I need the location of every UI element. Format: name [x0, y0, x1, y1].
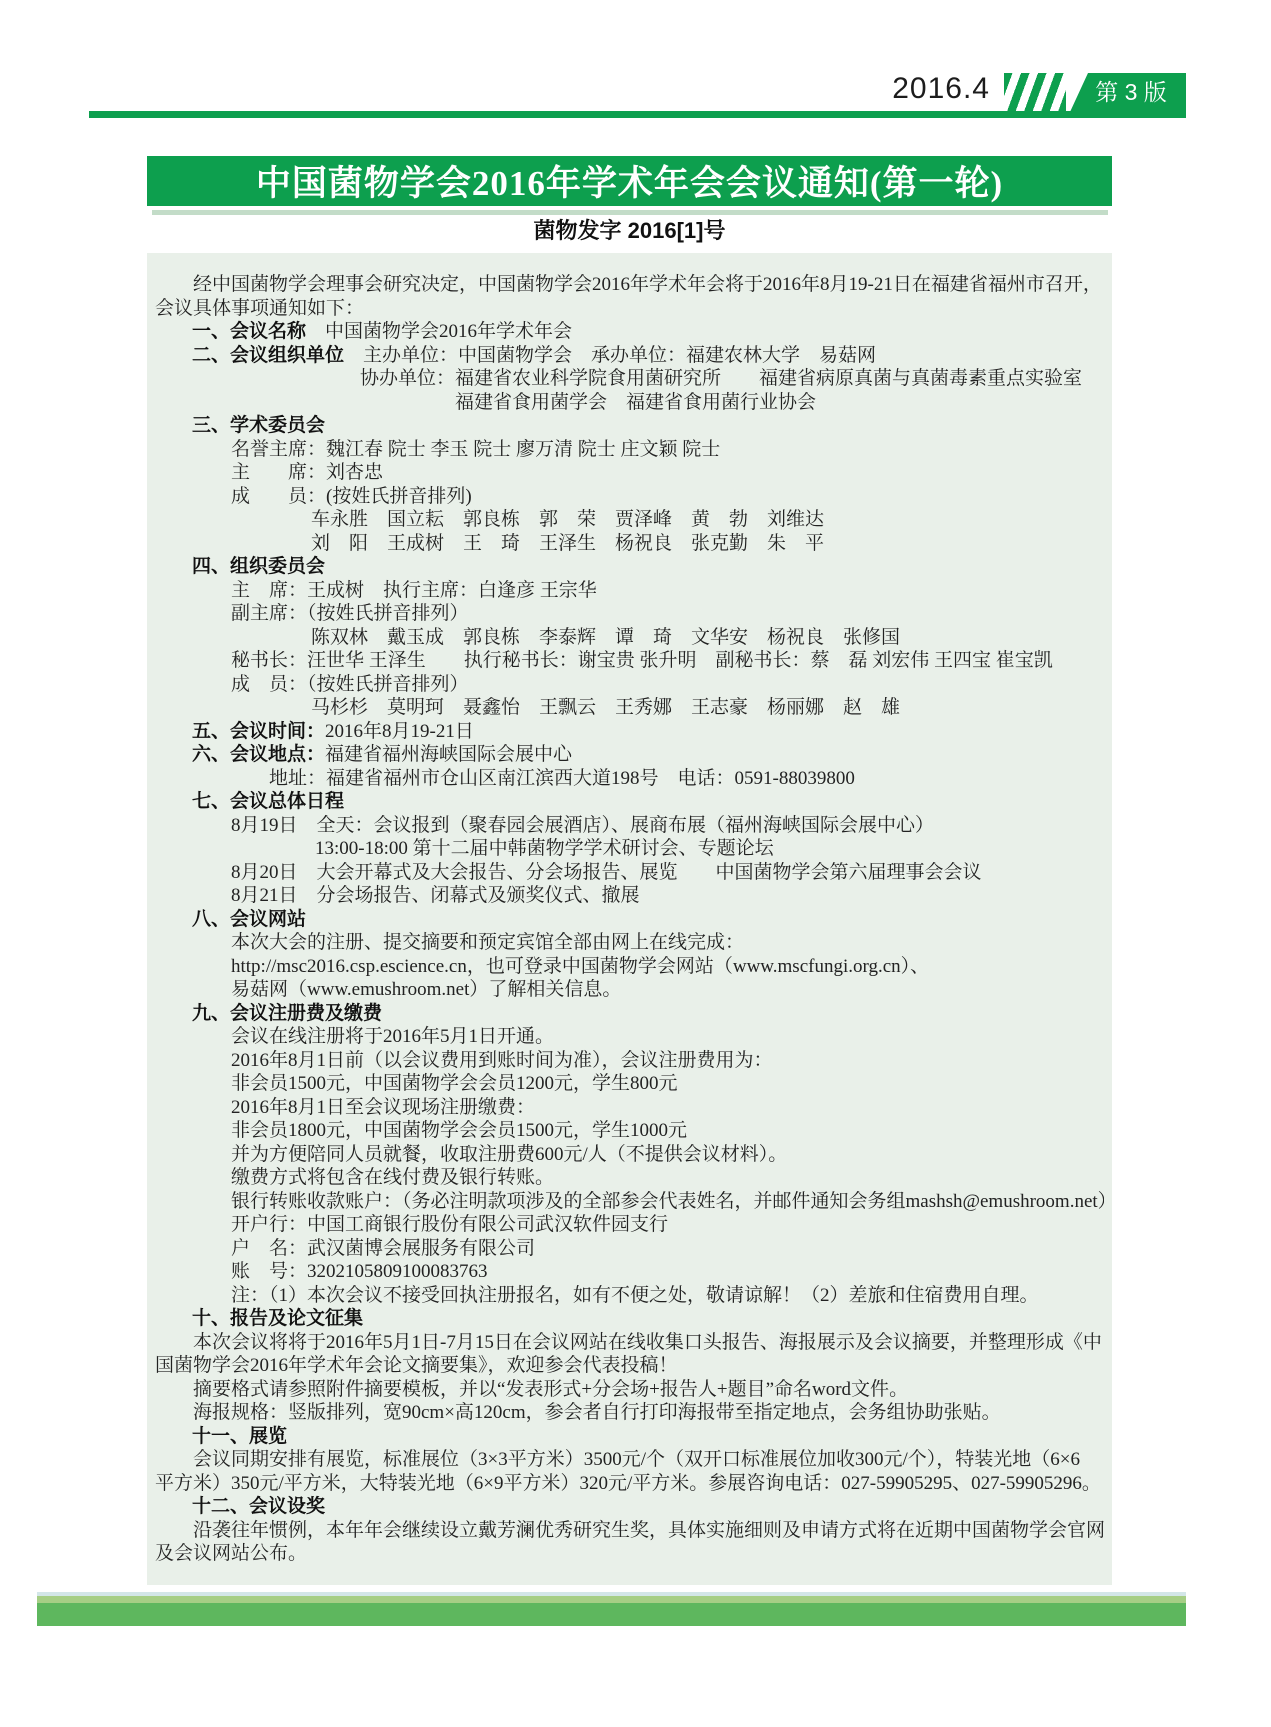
content-line: 九、会议注册费及缴费 — [155, 1002, 1104, 1026]
doc-number: 菌物发字 2016[1]号 — [147, 216, 1112, 246]
banner-underline — [152, 210, 1108, 215]
line-text: 主 席：王成树 执行主席：白逢彦 王宗华 — [231, 580, 597, 601]
page-number-badge: 第 3 版 — [1070, 73, 1186, 112]
content-line: 海报规格：竖版排列，宽90cm×高120cm，参会者自行打印海报带至指定地点，会… — [155, 1401, 1104, 1425]
line-text: 平方米）350元/平方米，大特装光地（6×9平方米）320元/平方米。参展咨询电… — [155, 1473, 1101, 1494]
content-line: 六、会议地点：福建省福州海峡国际会展中心 — [155, 743, 1104, 767]
line-text: 及会议网站公布。 — [155, 1543, 307, 1564]
line-text: 非会员1500元，中国菌物学会会员1200元，学生800元 — [231, 1073, 678, 1094]
content-line: 福建省食用菌学会 福建省食用菌行业协会 — [155, 391, 1104, 415]
line-text: 本次大会的注册、提交摘要和预定宾馆全部由网上在线完成： — [231, 932, 744, 953]
content-line: 缴费方式将包含在线付费及银行转账。 — [155, 1166, 1104, 1190]
content-line: 非会员1500元，中国菌物学会会员1200元，学生800元 — [155, 1072, 1104, 1096]
line-text: 会议同期安排有展览，标准展位（3×3平方米）3500元/个（双开口标准展位加收3… — [193, 1449, 1080, 1470]
content-line: 及会议网站公布。 — [155, 1542, 1104, 1566]
section-heading: 十、报告及论文征集 — [192, 1308, 363, 1329]
line-text: 经中国菌物学会理事会研究决定，中国菌物学会2016年学术年会将于2016年8月1… — [193, 274, 1102, 295]
content-line: 账 号：3202105809100083763 — [155, 1260, 1104, 1284]
line-text: 名誉主席：魏江春 院士 李玉 院士 廖万清 院士 庄文颖 院士 — [231, 439, 720, 460]
content-line: 国菌物学会2016年学术年会论文摘要集》，欢迎参会代表投稿！ — [155, 1354, 1104, 1378]
line-text: 陈双林 戴玉成 郭良栋 李泰辉 谭 琦 文华安 杨祝良 张修国 — [311, 627, 900, 648]
line-text: 13:00-18:00 第十二届中韩菌物学学术研讨会、专题论坛 — [315, 838, 774, 859]
content-line: 银行转账收款账户：（务必注明款项涉及的全部参会代表姓名，并邮件通知会务组mash… — [155, 1190, 1104, 1214]
section-heading: 五、会议时间： — [192, 721, 325, 742]
content-line: 十、报告及论文征集 — [155, 1307, 1104, 1331]
content-line: 五、会议时间：2016年8月19-21日 — [155, 720, 1104, 744]
content-line: 一、会议名称 中国菌物学会2016年学术年会 — [155, 320, 1104, 344]
line-text: 账 号：3202105809100083763 — [231, 1261, 488, 1282]
section-heading: 一、会议名称 — [192, 321, 306, 342]
content-line: 8月19日 全天：会议报到（聚春园会展酒店）、展商布展（福州海峡国际会展中心） — [155, 814, 1104, 838]
content-line: 三、学术委员会 — [155, 414, 1104, 438]
line-text: 银行转账收款账户：（务必注明款项涉及的全部参会代表姓名，并邮件通知会务组mash… — [231, 1191, 1104, 1212]
line-text: 沿袭往年惯例，本年年会继续设立戴芳澜优秀研究生奖，具体实施细则及申请方式将在近期… — [193, 1520, 1104, 1541]
content-line: 2016年8月1日至会议现场注册缴费： — [155, 1096, 1104, 1120]
content-line: 8月21日 分会场报告、闭幕式及颁奖仪式、撤展 — [155, 884, 1104, 908]
line-text: 开户行：中国工商银行股份有限公司武汉软件园支行 — [231, 1214, 668, 1235]
section-heading: 六、会议地点： — [192, 744, 325, 765]
line-text: 8月19日 全天：会议报到（聚春园会展酒店）、展商布展（福州海峡国际会展中心） — [231, 815, 934, 836]
content-line: 2016年8月1日前（以会议费用到账时间为准），会议注册费用为： — [155, 1049, 1104, 1073]
footer-stripe-main — [37, 1603, 1186, 1626]
line-text: 2016年8月1日至会议现场注册缴费： — [231, 1097, 535, 1118]
content-line: 马杉杉 莫明珂 聂鑫怡 王飘云 王秀娜 王志豪 杨丽娜 赵 雄 — [155, 696, 1104, 720]
line-text: 海报规格：竖版排列，宽90cm×高120cm，参会者自行打印海报带至指定地点，会… — [193, 1402, 1001, 1423]
line-text: 本次会议将将于2016年5月1日-7月15日在会议网站在线收集口头报告、海报展示… — [193, 1332, 1102, 1353]
page-number-label: 第 3 版 — [1095, 79, 1167, 105]
content-line: 车永胜 国立耘 郭良栋 郭 荣 贾泽峰 黄 勃 刘维达 — [155, 508, 1104, 532]
content-line: 8月20日 大会开幕式及大会报告、分会场报告、展览 中国菌物学会第六届理事会会议 — [155, 861, 1104, 885]
content-lines: 经中国菌物学会理事会研究决定，中国菌物学会2016年学术年会将于2016年8月1… — [155, 273, 1104, 1566]
section-heading: 七、会议总体日程 — [192, 791, 344, 812]
line-text: 缴费方式将包含在线付费及银行转账。 — [231, 1167, 554, 1188]
content-line: 陈双林 戴玉成 郭良栋 李泰辉 谭 琦 文华安 杨祝良 张修国 — [155, 626, 1104, 650]
line-text: 地址：福建省福州市仓山区南江滨西大道198号 电话：0591-88039800 — [269, 768, 855, 789]
content-line: 成 员：(按姓氏拼音排列) — [155, 485, 1104, 509]
content-line: 摘要格式请参照附件摘要模板，并以“发表形式+分会场+报告人+题目”命名word文… — [155, 1378, 1104, 1402]
issue-date: 2016.4 — [830, 72, 990, 106]
footer-stripe-light — [37, 1596, 1186, 1603]
content-line: 平方米）350元/平方米，大特装光地（6×9平方米）320元/平方米。参展咨询电… — [155, 1472, 1104, 1496]
line-text: 非会员1800元，中国菌物学会会员1500元，学生1000元 — [231, 1120, 687, 1141]
content-line: 会议在线注册将于2016年5月1日开通。 — [155, 1025, 1104, 1049]
title-banner: 中国菌物学会2016年学术年会会议通知(第一轮) — [147, 156, 1112, 206]
line-text: 2016年8月19-21日 — [325, 721, 474, 742]
section-heading: 十一、展览 — [192, 1426, 287, 1447]
content-line: 十一、展览 — [155, 1425, 1104, 1449]
content-line: 八、会议网站 — [155, 908, 1104, 932]
content-line: 注：（1）本次会议不接受回执注册报名，如有不便之处，敬请谅解！（2）差旅和住宿费… — [155, 1284, 1104, 1308]
content-line: 沿袭往年惯例，本年年会继续设立戴芳澜优秀研究生奖，具体实施细则及申请方式将在近期… — [155, 1519, 1104, 1543]
line-text: 副主席：（按姓氏拼音排列） — [231, 603, 469, 624]
line-text: 福建省福州海峡国际会展中心 — [325, 744, 572, 765]
content-line: 四、组织委员会 — [155, 555, 1104, 579]
page: 2016.4 第 3 版 中国菌物学会2016年学术年会会议通知(第一轮) 菌物… — [0, 0, 1271, 1727]
content-line: 易菇网（www.emushroom.net）了解相关信息。 — [155, 978, 1104, 1002]
line-text: 成 员：(按姓氏拼音排列) — [231, 486, 472, 507]
line-text: 成 员：（按姓氏拼音排列） — [231, 674, 469, 695]
content-line: 本次大会的注册、提交摘要和预定宾馆全部由网上在线完成： — [155, 931, 1104, 955]
content-line: 经中国菌物学会理事会研究决定，中国菌物学会2016年学术年会将于2016年8月1… — [155, 273, 1104, 297]
line-text: 2016年8月1日前（以会议费用到账时间为准），会议注册费用为： — [231, 1050, 773, 1071]
page-title: 中国菌物学会2016年学术年会会议通知(第一轮) — [256, 156, 1003, 206]
line-text: 秘书长：汪世华 王泽生 执行秘书长：谢宝贵 张升明 副秘书长：蔡 磊 刘宏伟 王… — [231, 650, 1053, 671]
content-line: 十二、会议设奖 — [155, 1495, 1104, 1519]
line-text: 马杉杉 莫明珂 聂鑫怡 王飘云 王秀娜 王志豪 杨丽娜 赵 雄 — [311, 697, 900, 718]
line-text: 8月21日 分会场报告、闭幕式及颁奖仪式、撤展 — [231, 885, 640, 906]
section-heading: 八、会议网站 — [192, 909, 306, 930]
section-heading: 二、会议组织单位 — [192, 345, 344, 366]
content-panel: 经中国菌物学会理事会研究决定，中国菌物学会2016年学术年会将于2016年8月1… — [147, 253, 1112, 1585]
line-text: 主 席：刘杏忠 — [231, 462, 383, 483]
content-line: 本次会议将将于2016年5月1日-7月15日在会议网站在线收集口头报告、海报展示… — [155, 1331, 1104, 1355]
line-text: 中国菌物学会2016年学术年会 — [306, 321, 572, 342]
section-heading: 九、会议注册费及缴费 — [192, 1003, 382, 1024]
section-heading: 十二、会议设奖 — [192, 1496, 325, 1517]
diagonal-stripes-icon — [1004, 73, 1066, 112]
content-line: 地址：福建省福州市仓山区南江滨西大道198号 电话：0591-88039800 — [155, 767, 1104, 791]
content-line: 副主席：（按姓氏拼音排列） — [155, 602, 1104, 626]
content-line: 秘书长：汪世华 王泽生 执行秘书长：谢宝贵 张升明 副秘书长：蔡 磊 刘宏伟 王… — [155, 649, 1104, 673]
line-text: 户 名：武汉菌博会展服务有限公司 — [231, 1238, 535, 1259]
content-line: 七、会议总体日程 — [155, 790, 1104, 814]
line-text: 会议具体事项通知如下： — [155, 298, 364, 319]
line-text: 主办单位：中国菌物学会 承办单位：福建农林大学 易菇网 — [344, 345, 876, 366]
line-text: 摘要格式请参照附件摘要模板，并以“发表形式+分会场+报告人+题目”命名word文… — [193, 1379, 908, 1400]
content-line: 13:00-18:00 第十二届中韩菌物学学术研讨会、专题论坛 — [155, 837, 1104, 861]
line-text: 刘 阳 王成树 王 琦 王泽生 杨祝良 张克勤 朱 平 — [311, 533, 824, 554]
content-line: 开户行：中国工商银行股份有限公司武汉软件园支行 — [155, 1213, 1104, 1237]
content-line: 协办单位：福建省农业科学院食用菌研究所 福建省病原真菌与真菌毒素重点实验室 — [155, 367, 1104, 391]
line-text: 协办单位：福建省农业科学院食用菌研究所 福建省病原真菌与真菌毒素重点实验室 — [360, 368, 1082, 389]
line-text: http://msc2016.csp.escience.cn，也可登录中国菌物学… — [231, 956, 929, 977]
line-text: 会议在线注册将于2016年5月1日开通。 — [231, 1026, 554, 1047]
content-line: 主 席：王成树 执行主席：白逢彦 王宗华 — [155, 579, 1104, 603]
line-text: 福建省食用菌学会 福建省食用菌行业协会 — [455, 392, 816, 413]
section-heading: 三、学术委员会 — [192, 415, 325, 436]
line-text: 注：（1）本次会议不接受回执注册报名，如有不便之处，敬请谅解！（2）差旅和住宿费… — [231, 1285, 1039, 1306]
footer-bar — [37, 1592, 1186, 1626]
content-line: 主 席：刘杏忠 — [155, 461, 1104, 485]
line-text: 车永胜 国立耘 郭良栋 郭 荣 贾泽峰 黄 勃 刘维达 — [311, 509, 824, 530]
content-line: 成 员：（按姓氏拼音排列） — [155, 673, 1104, 697]
line-text: 并为方便陪同人员就餐，收取注册费600元/人（不提供会议材料）。 — [231, 1144, 787, 1165]
content-line: 名誉主席：魏江春 院士 李玉 院士 廖万清 院士 庄文颖 院士 — [155, 438, 1104, 462]
line-text: 易菇网（www.emushroom.net）了解相关信息。 — [231, 979, 621, 1000]
content-line: http://msc2016.csp.escience.cn，也可登录中国菌物学… — [155, 955, 1104, 979]
content-line: 刘 阳 王成树 王 琦 王泽生 杨祝良 张克勤 朱 平 — [155, 532, 1104, 556]
content-line: 会议具体事项通知如下： — [155, 297, 1104, 321]
line-text: 8月20日 大会开幕式及大会报告、分会场报告、展览 中国菌物学会第六届理事会会议 — [231, 862, 982, 883]
content-line: 户 名：武汉菌博会展服务有限公司 — [155, 1237, 1104, 1261]
header-rule — [89, 111, 1186, 118]
content-line: 会议同期安排有展览，标准展位（3×3平方米）3500元/个（双开口标准展位加收3… — [155, 1448, 1104, 1472]
section-heading: 四、组织委员会 — [192, 556, 325, 577]
content-line: 非会员1800元，中国菌物学会会员1500元，学生1000元 — [155, 1119, 1104, 1143]
content-line: 并为方便陪同人员就餐，收取注册费600元/人（不提供会议材料）。 — [155, 1143, 1104, 1167]
line-text: 国菌物学会2016年学术年会论文摘要集》，欢迎参会代表投稿！ — [155, 1355, 678, 1376]
content-line: 二、会议组织单位 主办单位：中国菌物学会 承办单位：福建农林大学 易菇网 — [155, 344, 1104, 368]
